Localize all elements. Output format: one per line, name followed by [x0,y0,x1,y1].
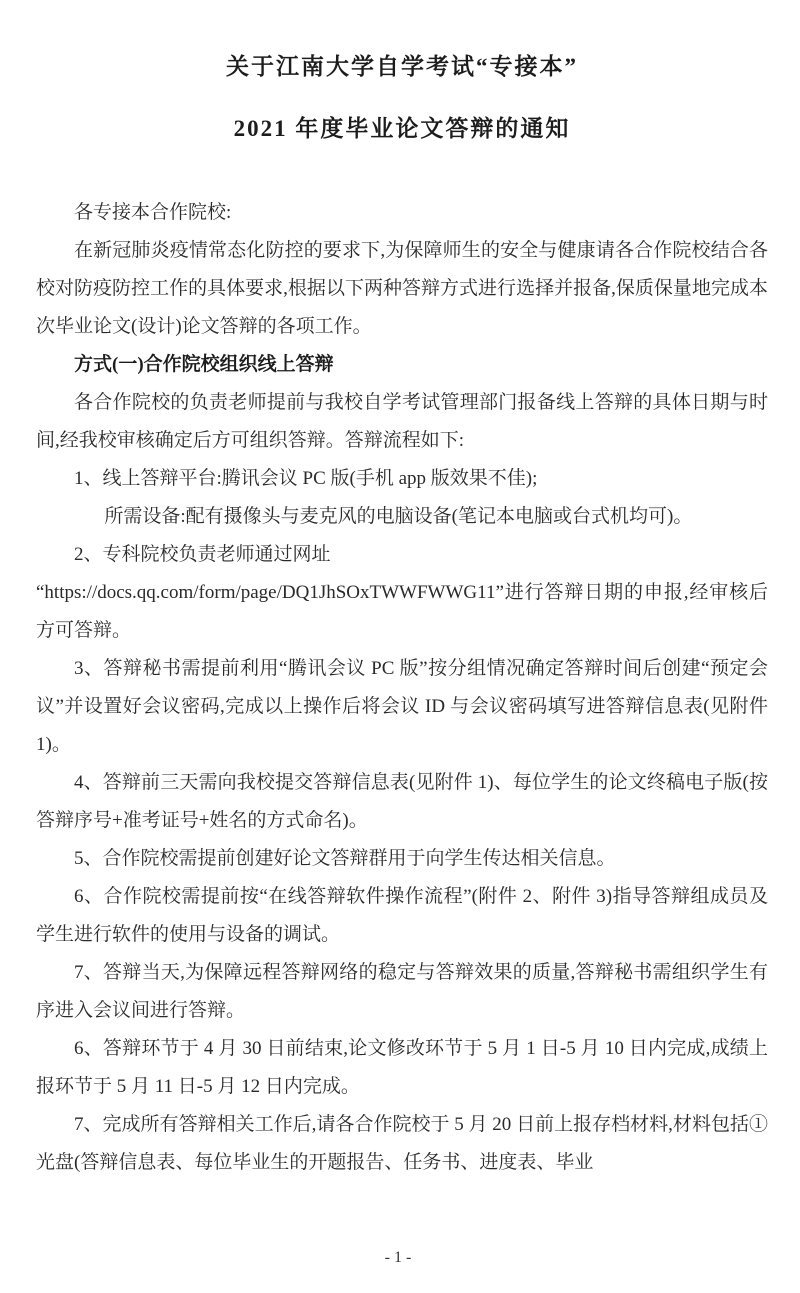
document-body: 各专接本合作院校: 在新冠肺炎疫情常态化防控的要求下,为保障师生的安全与健康请各… [36,194,768,1182]
list-item-5-group: 5、合作院校需提前创建好论文答辩群用于向学生传达相关信息。 [36,840,768,878]
section-heading-method-one: 方式(一)合作院校组织线上答辩 [36,346,768,384]
list-item-2-url-line: “https://docs.qq.com/form/page/DQ1JhSOxT… [36,574,768,650]
list-item-3-secretary: 3、答辩秘书需提前利用“腾讯会议 PC 版”按分组情况确定答辩时间后创建“预定会… [36,650,768,764]
list-item-6b-schedule: 6、答辩环节于 4 月 30 日前结束,论文修改环节于 5 月 1 日-5 月 … [36,1030,768,1106]
list-item-2-intro: 2、专科院校负责老师通过网址 [36,536,768,574]
title-line-1: 关于江南大学自学考试“专接本” [36,36,768,98]
page-number: -1- [0,1249,800,1267]
list-item-1-equipment: 所需设备:配有摄像头与麦克风的电脑设备(笔记本电脑或台式机均可)。 [36,498,768,536]
list-item-6-software-guide: 6、合作院校需提前按“在线答辩软件操作流程”(附件 2、附件 3)指导答辩组成员… [36,878,768,954]
intro-paragraph: 在新冠肺炎疫情常态化防控的要求下,为保障师生的安全与健康请各合作院校结合各校对防… [36,232,768,346]
method-one-intro: 各合作院校的负责老师提前与我校自学考试管理部门报备线上答辩的具体日期与时间,经我… [36,384,768,460]
list-item-7b-archive: 7、完成所有答辩相关工作后,请各合作院校于 5 月 20 日前上报存档材料,材料… [36,1106,768,1182]
document-title: 关于江南大学自学考试“专接本” 2021 年度毕业论文答辩的通知 [36,36,768,160]
list-item-7-defense-day: 7、答辩当天,为保障远程答辩网络的稳定与答辩效果的质量,答辩秘书需组织学生有序进… [36,954,768,1030]
title-line-2: 2021 年度毕业论文答辩的通知 [36,98,768,160]
list-item-4-submission: 4、答辩前三天需向我校提交答辩信息表(见附件 1)、每位学生的论文终稿电子版(按… [36,764,768,840]
document-page: 关于江南大学自学考试“专接本” 2021 年度毕业论文答辩的通知 各专接本合作院… [0,0,800,1293]
salutation: 各专接本合作院校: [36,194,768,232]
list-item-1-platform: 1、线上答辩平台:腾讯会议 PC 版(手机 app 版效果不佳); [36,460,768,498]
